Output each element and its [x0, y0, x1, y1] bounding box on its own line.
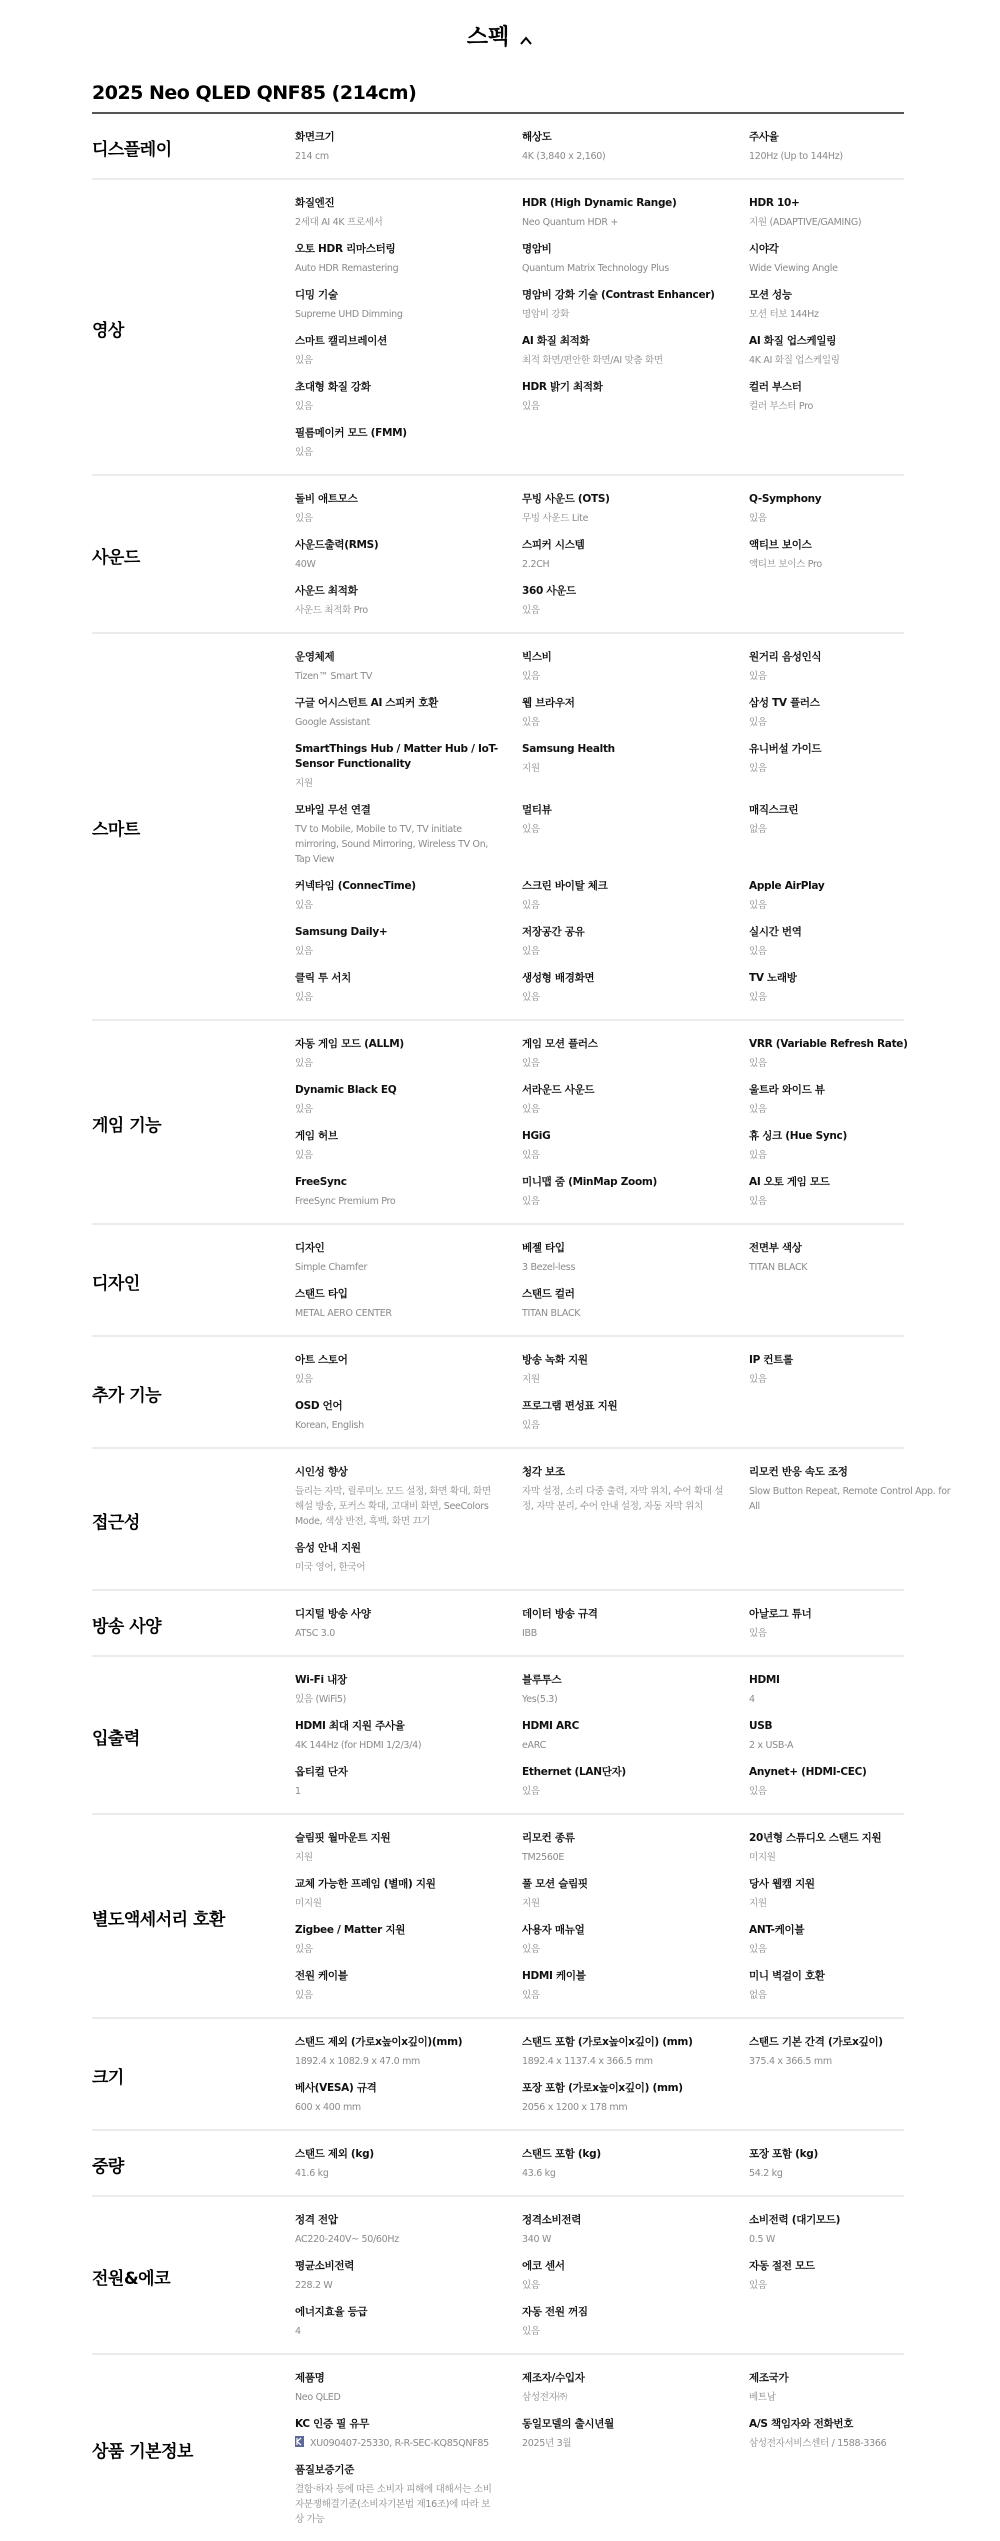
spec-item-value: METAL AERO CENTER: [295, 1306, 498, 1321]
spec-item: 오토 HDR 리마스터링Auto HDR Remastering: [295, 242, 498, 276]
spec-item-name: 제조자/수입자: [522, 2371, 725, 2386]
spec-item-name: 정격소비전력: [522, 2213, 725, 2228]
spec-item: 원거리 음성인식있음: [749, 650, 952, 684]
spec-item-name: TV 노래방: [749, 971, 952, 986]
spec-item-name: 블루투스: [522, 1673, 725, 1688]
spec-section: 스마트운영체제Tizen™ Smart TV빅스비있음원거리 음성인식있음구글 …: [92, 634, 904, 1021]
spec-section: 사운드돌비 애트모스있음무빙 사운드 (OTS)무빙 사운드 LiteQ-Sym…: [92, 476, 904, 634]
spec-item: 에너지효율 등급4: [295, 2305, 498, 2339]
spec-item-value: 4K AI 화질 업스케일링: [749, 353, 952, 368]
spec-item-name: 스탠드 제외 (kg): [295, 2147, 498, 2162]
spec-item-value: 삼성전자㈜: [522, 2390, 725, 2405]
spec-item-name: OSD 언어: [295, 1399, 498, 1414]
spec-item-grid: 디자인Simple Chamfer베젤 타입3 Bezel-less전면부 색상…: [295, 1241, 952, 1321]
spec-item-value: 지원: [295, 776, 498, 791]
spec-item-name: 베젤 타입: [522, 1241, 725, 1256]
spec-item: 교체 가능한 프레임 (별매) 지원미지원: [295, 1877, 498, 1911]
spec-section: 디스플레이화면크기214 cm해상도4K (3,840 x 2,160)주사율1…: [92, 114, 904, 180]
spec-section: 중량스탠드 제외 (kg)41.6 kg스탠드 포함 (kg)43.6 kg포장…: [92, 2131, 904, 2197]
section-label: 게임 기능: [92, 1111, 295, 1136]
spec-item-value: 있음: [522, 399, 725, 414]
spec-item-value: 지원: [522, 761, 725, 776]
spec-item-value: 228.2 W: [295, 2278, 498, 2293]
spec-item-value: IBB: [522, 1626, 725, 1641]
spec-item-name: 미니 벽걸이 호환: [749, 1969, 952, 1984]
spec-item-name: HDR 10+: [749, 196, 952, 211]
spec-item-value: 있음: [749, 511, 952, 526]
spec-item-value: 미지원: [749, 1850, 952, 1865]
spec-item-name: 포장 포함 (가로x높이x깊이) (mm): [522, 2081, 725, 2096]
spec-item-value: 있음: [749, 1102, 952, 1117]
spec-item-value: 있음: [295, 1372, 498, 1387]
spec-item: 미니 벽걸이 호환없음: [749, 1969, 952, 2003]
spec-item-name: 정격 전압: [295, 2213, 498, 2228]
spec-item: A/S 책임자와 전화번호삼성전자서비스센터 / 1588-3366: [749, 2417, 952, 2451]
spec-item: Ethernet (LAN단자)있음: [522, 1765, 725, 1799]
spec-item-grid: 화질엔진2세대 AI 4K 프로세서HDR (High Dynamic Rang…: [295, 196, 952, 460]
spec-item: 해상도4K (3,840 x 2,160): [522, 130, 725, 164]
spec-item-value: 2025년 3월: [522, 2436, 725, 2451]
spec-item-value: 있음: [749, 990, 952, 1005]
spec-item-value: TV to Mobile, Mobile to TV, TV initiate …: [295, 822, 498, 867]
spec-item-name: 필름메이커 모드 (FMM): [295, 426, 498, 441]
spec-item: 시야각Wide Viewing Angle: [749, 242, 952, 276]
spec-item: 휴 싱크 (Hue Sync)있음: [749, 1129, 952, 1163]
spec-item-name: AI 화질 최적화: [522, 334, 725, 349]
spec-item-value: 있음: [522, 2278, 725, 2293]
spec-item-name: 리모컨 종류: [522, 1831, 725, 1846]
spec-item-value: 있음: [522, 1784, 725, 1799]
spec-item-name: 동일모델의 출시년월: [522, 2417, 725, 2432]
spec-section: 접근성시인성 향상들리는 자막, 릴루미노 모드 설정, 화면 확대, 화면해설…: [92, 1449, 904, 1591]
spec-item: Zigbee / Matter 지원있음: [295, 1923, 498, 1957]
spec-item: ANT-케이블있음: [749, 1923, 952, 1957]
spec-item-value: 있음: [749, 944, 952, 959]
spec-item: 게임 허브있음: [295, 1129, 498, 1163]
spec-item: 화면크기214 cm: [295, 130, 498, 164]
spec-item-grid: 아트 스토어있음방송 녹화 지원지원IP 컨트롤있음OSD 언어Korean, …: [295, 1353, 952, 1433]
spec-item: 정격소비전력340 W: [522, 2213, 725, 2247]
spec-item-name: FreeSync: [295, 1175, 498, 1190]
spec-item-name: 화면크기: [295, 130, 498, 145]
spec-item-value: 모션 터보 144Hz: [749, 307, 952, 322]
spec-item-name: 스탠드 포함 (kg): [522, 2147, 725, 2162]
spec-item-name: KC 인증 필 유무: [295, 2417, 498, 2432]
spec-item-name: Dynamic Black EQ: [295, 1083, 498, 1098]
spec-item: 프로그램 편성표 지원있음: [522, 1399, 725, 1433]
spec-collapse-toggle[interactable]: 스펙: [467, 20, 534, 51]
spec-item-value: 있음: [522, 715, 725, 730]
spec-item: 웹 브라우저있음: [522, 696, 725, 730]
spec-item-value: 명암비 강화: [522, 307, 725, 322]
spec-item-value: 있음: [749, 1148, 952, 1163]
spec-item: IP 컨트롤있음: [749, 1353, 952, 1387]
spec-item-value: 지원: [295, 1850, 498, 1865]
spec-item: 삼성 TV 플러스있음: [749, 696, 952, 730]
spec-item: 제조자/수입자삼성전자㈜: [522, 2371, 725, 2405]
spec-item-name: HDR 밝기 최적화: [522, 380, 725, 395]
spec-item-grid: 자동 게임 모드 (ALLM)있음게임 모션 플러스있음VRR (Variabl…: [295, 1037, 952, 1209]
section-label: 스마트: [92, 815, 295, 840]
spec-item: 360 사운드있음: [522, 584, 725, 618]
spec-item-value: 있음: [522, 669, 725, 684]
spec-item-name: 돌비 애트모스: [295, 492, 498, 507]
spec-item-value: 자막 설정, 소리 다중 출력, 자막 위치, 수어 확대 설정, 자막 분리,…: [522, 1484, 725, 1514]
spec-item-name: 게임 모션 플러스: [522, 1037, 725, 1052]
spec-item-value: 375.4 x 366.5 mm: [749, 2054, 952, 2069]
spec-item-value: 4K (3,840 x 2,160): [522, 149, 725, 164]
spec-item-value: 있음: [295, 353, 498, 368]
spec-item-value-text: XU090407-25330, R-R-SEC-KQ85QNF85: [310, 2438, 489, 2449]
spec-item-name: AI 화질 업스케일링: [749, 334, 952, 349]
spec-item-grid: 디지털 방송 사양ATSC 3.0데이터 방송 규격IBB아날로그 튜너있음: [295, 1607, 952, 1641]
spec-item-value: 0.5 W: [749, 2232, 952, 2247]
spec-item: Dynamic Black EQ있음: [295, 1083, 498, 1117]
spec-item: HDMI4: [749, 1673, 952, 1707]
spec-item: 사용자 매뉴얼있음: [522, 1923, 725, 1957]
spec-item-name: 유니버설 가이드: [749, 742, 952, 757]
spec-item-name: 베사(VESA) 규격: [295, 2081, 498, 2096]
spec-item: 리모컨 반응 속도 조정Slow Button Repeat, Remote C…: [749, 1465, 952, 1529]
spec-item-value: 있음: [295, 990, 498, 1005]
spec-item-name: VRR (Variable Refresh Rate): [749, 1037, 952, 1052]
spec-item-name: 실시간 번역: [749, 925, 952, 940]
spec-item: 옵티컬 단자1: [295, 1765, 498, 1799]
spec-item: 운영체제Tizen™ Smart TV: [295, 650, 498, 684]
spec-item-name: 아날로그 튜너: [749, 1607, 952, 1622]
spec-item: Q-Symphony있음: [749, 492, 952, 526]
spec-item-value: Yes(5.3): [522, 1692, 725, 1707]
spec-item-value: Google Assistant: [295, 715, 498, 730]
spec-item: 음성 안내 지원미국 영어, 한국어: [295, 1541, 498, 1575]
spec-item-value: 있음: [749, 715, 952, 730]
spec-item-name: A/S 책임자와 전화번호: [749, 2417, 952, 2432]
spec-section: 디자인디자인Simple Chamfer베젤 타입3 Bezel-less전면부…: [92, 1225, 904, 1337]
section-label: 영상: [92, 316, 295, 341]
spec-item-name: 초대형 화질 강화: [295, 380, 498, 395]
spec-item: 포장 포함 (가로x높이x깊이) (mm)2056 x 1200 x 178 m…: [522, 2081, 725, 2115]
spec-item-name: 시인성 향상: [295, 1465, 498, 1480]
spec-item: 제품명Neo QLED: [295, 2371, 498, 2405]
spec-item: 당사 웹캠 지원지원: [749, 1877, 952, 1911]
spec-item-value: 있음: [295, 445, 498, 460]
spec-item: 필름메이커 모드 (FMM)있음: [295, 426, 498, 460]
spec-section: 입출력Wi-Fi 내장있음 (WiFi5)블루투스Yes(5.3)HDMI4HD…: [92, 1657, 904, 1815]
spec-item: 울트라 와이드 뷰있음: [749, 1083, 952, 1117]
spec-item-value: eARC: [522, 1738, 725, 1753]
spec-item: Samsung Daily+있음: [295, 925, 498, 959]
spec-item-name: 주사율: [749, 130, 952, 145]
spec-item-value: 있음: [522, 1194, 725, 1209]
spec-item-name: 울트라 와이드 뷰: [749, 1083, 952, 1098]
spec-item-value: 40W: [295, 557, 498, 572]
spec-item-name: 스탠드 타입: [295, 1287, 498, 1302]
spec-item-name: 전원 케이블: [295, 1969, 498, 1984]
spec-item: 디밍 기술Supreme UHD Dimming: [295, 288, 498, 322]
spec-item-value: 있음: [522, 822, 725, 837]
spec-item: 빅스비있음: [522, 650, 725, 684]
spec-item: 제조국가베트남: [749, 2371, 952, 2405]
spec-item-value: XU090407-25330, R-R-SEC-KQ85QNF85: [295, 2436, 498, 2451]
spec-item: 스탠드 컬러TITAN BLACK: [522, 1287, 725, 1321]
spec-item: 실시간 번역있음: [749, 925, 952, 959]
spec-item-value: 54.2 kg: [749, 2166, 952, 2181]
spec-item-grid: 화면크기214 cm해상도4K (3,840 x 2,160)주사율120Hz …: [295, 130, 952, 164]
spec-item-value: 2.2CH: [522, 557, 725, 572]
spec-item-value: 있음: [749, 1372, 952, 1387]
spec-item-value: 2세대 AI 4K 프로세서: [295, 215, 498, 230]
spec-item: 사운드출력(RMS)40W: [295, 538, 498, 572]
section-label: 사운드: [92, 543, 295, 568]
spec-item-name: 디밍 기술: [295, 288, 498, 303]
spec-item-value: 있음: [522, 2324, 725, 2339]
spec-item-name: 미니맵 줌 (MinMap Zoom): [522, 1175, 725, 1190]
spec-item-name: 에코 센서: [522, 2259, 725, 2274]
spec-item-name: HGiG: [522, 1129, 725, 1144]
spec-item-value: 결함·하자 등에 따른 소비자 피해에 대해서는 소비자분쟁해결기준(소비자기본…: [295, 2482, 498, 2527]
spec-item-value: 있음: [522, 1148, 725, 1163]
spec-item-name: HDMI 최대 지원 주사율: [295, 1719, 498, 1734]
spec-item: 자동 절전 모드있음: [749, 2259, 952, 2293]
spec-item-value: 미국 영어, 한국어: [295, 1560, 498, 1575]
spec-item-name: 휴 싱크 (Hue Sync): [749, 1129, 952, 1144]
spec-item: 베젤 타입3 Bezel-less: [522, 1241, 725, 1275]
spec-item-value: Korean, English: [295, 1418, 498, 1433]
spec-item-value: 있음: [295, 1988, 498, 2003]
spec-item-name: 명암비 강화 기술 (Contrast Enhancer): [522, 288, 725, 303]
spec-item: 시인성 향상들리는 자막, 릴루미노 모드 설정, 화면 확대, 화면해설 방송…: [295, 1465, 498, 1529]
spec-item-name: 자동 절전 모드: [749, 2259, 952, 2274]
spec-item: AI 화질 업스케일링4K AI 화질 업스케일링: [749, 334, 952, 368]
spec-item: 20년형 스튜디오 스탠드 지원미지원: [749, 1831, 952, 1865]
section-label: 별도액세서리 호환: [92, 1905, 295, 1930]
spec-item-name: 360 사운드: [522, 584, 725, 599]
spec-item: 정격 전압AC220-240V~ 50/60Hz: [295, 2213, 498, 2247]
spec-item: 스탠드 기본 간격 (가로x깊이)375.4 x 366.5 mm: [749, 2035, 952, 2069]
spec-item-value: 1892.4 x 1082.9 x 47.0 mm: [295, 2054, 498, 2069]
spec-item-name: 디지털 방송 사양: [295, 1607, 498, 1622]
spec-item-value: TITAN BLACK: [522, 1306, 725, 1321]
spec-item-value: 41.6 kg: [295, 2166, 498, 2181]
spec-item-value: 있음: [295, 399, 498, 414]
spec-item-name: Samsung Daily+: [295, 925, 498, 940]
product-title: 2025 Neo QLED QNF85 (214cm): [92, 82, 904, 114]
spec-item-name: 사운드출력(RMS): [295, 538, 498, 553]
spec-section: 게임 기능자동 게임 모드 (ALLM)있음게임 모션 플러스있음VRR (Va…: [92, 1021, 904, 1225]
spec-item: HDR (High Dynamic Range)Neo Quantum HDR …: [522, 196, 725, 230]
spec-item: 구글 어시스턴트 AI 스피커 호환Google Assistant: [295, 696, 498, 730]
spec-item-name: 품질보증기준: [295, 2463, 498, 2478]
spec-item: VRR (Variable Refresh Rate)있음: [749, 1037, 952, 1071]
spec-item-value: 최적 화면/편안한 화면/AI 맞춤 화면: [522, 353, 725, 368]
spec-item-value: 340 W: [522, 2232, 725, 2247]
spec-item: USB2 x USB-A: [749, 1719, 952, 1753]
spec-item-name: 웹 브라우저: [522, 696, 725, 711]
spec-item-grid: 스탠드 제외 (가로x높이x깊이)(mm)1892.4 x 1082.9 x 4…: [295, 2035, 952, 2115]
spec-item-name: 스탠드 제외 (가로x높이x깊이)(mm): [295, 2035, 498, 2050]
spec-item-value: TITAN BLACK: [749, 1260, 952, 1275]
spec-item-value: 1: [295, 1784, 498, 1799]
spec-item-name: 삼성 TV 플러스: [749, 696, 952, 711]
spec-item: 커넥타임 (ConnecTime)있음: [295, 879, 498, 913]
spec-item-value: 2056 x 1200 x 178 mm: [522, 2100, 725, 2115]
spec-item: 컬러 부스터컬러 부스터 Pro: [749, 380, 952, 414]
spec-item-name: 풀 모션 슬림핏: [522, 1877, 725, 1892]
spec-item-value: 1892.4 x 1137.4 x 366.5 mm: [522, 2054, 725, 2069]
spec-item-value: 있음: [522, 603, 725, 618]
chevron-up-icon: [519, 29, 533, 43]
spec-item-name: 생성형 배경화면: [522, 971, 725, 986]
spec-item: 평균소비전력228.2 W: [295, 2259, 498, 2293]
spec-item-value: 지원: [749, 1896, 952, 1911]
spec-item-value: 있음: [295, 944, 498, 959]
spec-item-value: 무빙 사운드 Lite: [522, 511, 725, 526]
spec-item: 베사(VESA) 규격600 x 400 mm: [295, 2081, 498, 2115]
spec-item: HDR 10+지원 (ADAPTIVE/GAMING): [749, 196, 952, 230]
spec-item-value: Slow Button Repeat, Remote Control App. …: [749, 1484, 952, 1514]
spec-item-value: 지원: [522, 1896, 725, 1911]
spec-item-name: 모바일 무선 연결: [295, 803, 498, 818]
spec-item-name: 스탠드 컬러: [522, 1287, 725, 1302]
spec-item-value: Quantum Matrix Technology Plus: [522, 261, 725, 276]
spec-item-name: 저장공간 공유: [522, 925, 725, 940]
spec-item-name: 사운드 최적화: [295, 584, 498, 599]
spec-item-name: 화질엔진: [295, 196, 498, 211]
spec-item: 저장공간 공유있음: [522, 925, 725, 959]
spec-item-name: 서라운드 사운드: [522, 1083, 725, 1098]
kc-certification-icon: [295, 2436, 304, 2447]
spec-item-value: 없음: [749, 1988, 952, 2003]
spec-item: 스피커 시스템2.2CH: [522, 538, 725, 572]
spec-item-value: Tizen™ Smart TV: [295, 669, 498, 684]
spec-item-value: 있음: [749, 1056, 952, 1071]
spec-item-value: Wide Viewing Angle: [749, 261, 952, 276]
spec-item-name: 자동 게임 모드 (ALLM): [295, 1037, 498, 1052]
spec-item: HDMI ARCeARC: [522, 1719, 725, 1753]
spec-item-value: 4: [295, 2324, 498, 2339]
spec-item-name: Anynet+ (HDMI-CEC): [749, 1765, 952, 1780]
spec-item: 모션 성능모션 터보 144Hz: [749, 288, 952, 322]
spec-item-name: 옵티컬 단자: [295, 1765, 498, 1780]
spec-item: 명암비 강화 기술 (Contrast Enhancer)명암비 강화: [522, 288, 725, 322]
spec-item: 유니버설 가이드있음: [749, 742, 952, 791]
spec-item-name: SmartThings Hub / Matter Hub / IoT-Senso…: [295, 742, 498, 772]
spec-item: 에코 센서있음: [522, 2259, 725, 2293]
spec-item-value: Simple Chamfer: [295, 1260, 498, 1275]
spec-item-name: 액티브 보이스: [749, 538, 952, 553]
spec-item-name: 원거리 음성인식: [749, 650, 952, 665]
spec-item-name: 명암비: [522, 242, 725, 257]
spec-item-grid: 돌비 애트모스있음무빙 사운드 (OTS)무빙 사운드 LiteQ-Sympho…: [295, 492, 952, 618]
spec-item-value: 있음: [522, 944, 725, 959]
spec-item-value: 있음: [749, 2278, 952, 2293]
spec-item-value: 컬러 부스터 Pro: [749, 399, 952, 414]
spec-item: SmartThings Hub / Matter Hub / IoT-Senso…: [295, 742, 498, 791]
spec-item-value: 지원 (ADAPTIVE/GAMING): [749, 215, 952, 230]
spec-item: 품질보증기준결함·하자 등에 따른 소비자 피해에 대해서는 소비자분쟁해결기준…: [295, 2463, 498, 2527]
spec-item-name: 모션 성능: [749, 288, 952, 303]
spec-item-name: 클릭 투 서치: [295, 971, 498, 986]
spec-item-value: 삼성전자서비스센터 / 1588-3366: [749, 2436, 952, 2451]
spec-item: 초대형 화질 강화있음: [295, 380, 498, 414]
spec-item-grid: 운영체제Tizen™ Smart TV빅스비있음원거리 음성인식있음구글 어시스…: [295, 650, 952, 1005]
spec-item: AI 오토 게임 모드있음: [749, 1175, 952, 1209]
spec-item-name: 교체 가능한 프레임 (별매) 지원: [295, 1877, 498, 1892]
spec-item-value: 있음: [749, 898, 952, 913]
spec-item: 액티브 보이스액티브 보이스 Pro: [749, 538, 952, 572]
spec-item: 스마트 캘리브레이션있음: [295, 334, 498, 368]
spec-item-value: AC220-240V~ 50/60Hz: [295, 2232, 498, 2247]
spec-item-name: 당사 웹캠 지원: [749, 1877, 952, 1892]
spec-item-name: 프로그램 편성표 지원: [522, 1399, 725, 1414]
spec-item-name: 운영체제: [295, 650, 498, 665]
spec-item: 주사율120Hz (Up to 144Hz): [749, 130, 952, 164]
spec-item: AI 화질 최적화최적 화면/편안한 화면/AI 맞춤 화면: [522, 334, 725, 368]
spec-item: TV 노래방있음: [749, 971, 952, 1005]
spec-item-name: IP 컨트롤: [749, 1353, 952, 1368]
spec-item-value: 있음: [522, 1942, 725, 1957]
spec-item-name: 방송 녹화 지원: [522, 1353, 725, 1368]
spec-item-value: FreeSync Premium Pro: [295, 1194, 498, 1209]
spec-item-name: HDMI ARC: [522, 1719, 725, 1734]
spec-section: 상품 기본정보제품명Neo QLED제조자/수입자삼성전자㈜제조국가베트남KC …: [92, 2355, 904, 2541]
spec-item-value: 있음: [295, 898, 498, 913]
spec-item: 스탠드 타입METAL AERO CENTER: [295, 1287, 498, 1321]
spec-item: 디지털 방송 사양ATSC 3.0: [295, 1607, 498, 1641]
spec-item-value: 있음: [749, 669, 952, 684]
spec-list: 디스플레이화면크기214 cm해상도4K (3,840 x 2,160)주사율1…: [92, 114, 904, 2541]
spec-item: 돌비 애트모스있음: [295, 492, 498, 526]
spec-item: 전면부 색상TITAN BLACK: [749, 1241, 952, 1275]
spec-item-value: 있음: [749, 1942, 952, 1957]
spec-item-name: 커넥타임 (ConnecTime): [295, 879, 498, 894]
spec-item: 아날로그 튜너있음: [749, 1607, 952, 1641]
spec-item-name: 매직스크린: [749, 803, 952, 818]
spec-item-name: 제품명: [295, 2371, 498, 2386]
spec-item-value: 있음: [295, 1942, 498, 1957]
spec-item-value: 지원: [522, 1372, 725, 1387]
spec-item-name: 오토 HDR 리마스터링: [295, 242, 498, 257]
spec-item: 스탠드 제외 (가로x높이x깊이)(mm)1892.4 x 1082.9 x 4…: [295, 2035, 498, 2069]
spec-item-value: 미지원: [295, 1896, 498, 1911]
spec-item-value: 없음: [749, 822, 952, 837]
spec-item: 동일모델의 출시년월2025년 3월: [522, 2417, 725, 2451]
spec-item-value: 있음: [295, 1102, 498, 1117]
spec-item-value: Neo QLED: [295, 2390, 498, 2405]
spec-item: 방송 녹화 지원지원: [522, 1353, 725, 1387]
spec-item-grid: 슬림핏 월마운트 지원지원리모컨 종류TM2560E20년형 스튜디오 스탠드 …: [295, 1831, 952, 2003]
spec-item-value: 4: [749, 1692, 952, 1707]
spec-item-name: 스피커 시스템: [522, 538, 725, 553]
spec-item-grid: Wi-Fi 내장있음 (WiFi5)블루투스Yes(5.3)HDMI4HDMI …: [295, 1673, 952, 1799]
spec-item: 스탠드 포함 (가로x높이x깊이) (mm)1892.4 x 1137.4 x …: [522, 2035, 725, 2069]
spec-item: 클릭 투 서치있음: [295, 971, 498, 1005]
spec-item-grid: 스탠드 제외 (kg)41.6 kg스탠드 포함 (kg)43.6 kg포장 포…: [295, 2147, 952, 2181]
section-label: 추가 기능: [92, 1381, 295, 1406]
spec-item: 자동 게임 모드 (ALLM)있음: [295, 1037, 498, 1071]
section-label: 전원&에코: [92, 2264, 295, 2289]
spec-item-name: 멀티뷰: [522, 803, 725, 818]
spec-item: 게임 모션 플러스있음: [522, 1037, 725, 1071]
spec-item: HDMI 최대 지원 주사율4K 144Hz (for HDMI 1/2/3/4…: [295, 1719, 498, 1753]
spec-item: 전원 케이블있음: [295, 1969, 498, 2003]
spec-item-name: 게임 허브: [295, 1129, 498, 1144]
spec-item: FreeSyncFreeSync Premium Pro: [295, 1175, 498, 1209]
spec-item-name: ANT-케이블: [749, 1923, 952, 1938]
spec-item-name: 청각 보조: [522, 1465, 725, 1480]
spec-item-name: Zigbee / Matter 지원: [295, 1923, 498, 1938]
spec-section: 전원&에코정격 전압AC220-240V~ 50/60Hz정격소비전력340 W…: [92, 2197, 904, 2355]
